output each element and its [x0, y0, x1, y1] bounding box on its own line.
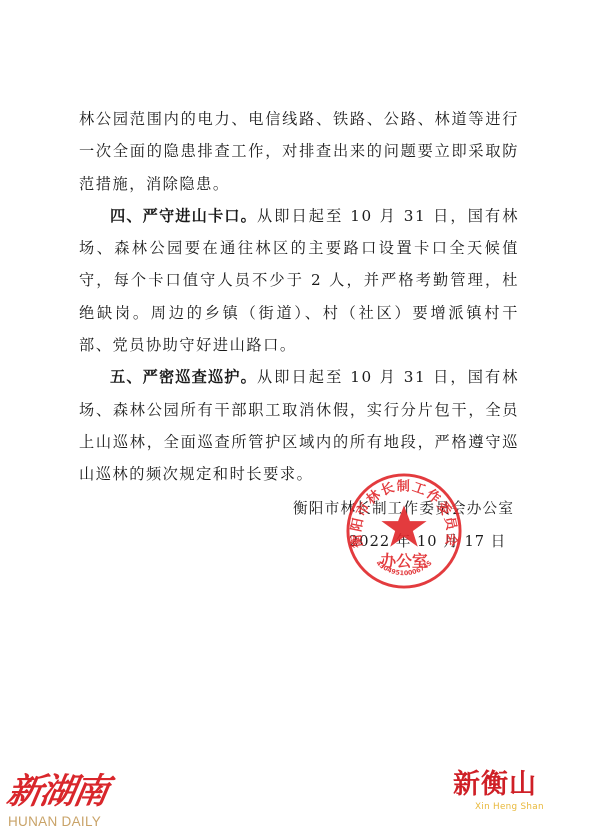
paragraph-heading: 五、严密巡查巡护。 [110, 368, 257, 386]
paragraph-heading: 四、严守进山卡口。 [110, 207, 257, 225]
xin-heng-shan-logo: 新衡山 Xin Heng Shan [452, 762, 572, 822]
star-icon [381, 505, 426, 546]
hunan-daily-logo: 新湖南 HUNAN DAILY [6, 762, 126, 832]
paragraph-checkpoint: 四、严守进山卡口。从即日起至 10 月 31 日，国有林场、森林公园要在通往林区… [79, 200, 519, 361]
official-seal-stamp: 衡阳市林长制工作委员会 办公室 4304951000674S [345, 472, 463, 590]
xin-heng-shan-logo-en: Xin Heng Shan [475, 802, 544, 812]
paragraph-text: 林公园范围内的电力、电信线路、铁路、公路、林道等进行一次全面的隐患排查工作，对排… [79, 110, 519, 193]
hunan-daily-logo-en: HUNAN DAILY [8, 814, 101, 829]
paragraph-text: 从即日起至 10 月 31 日，国有林场、森林公园要在通往林区的主要路口设置卡口… [79, 207, 519, 354]
xin-heng-shan-logo-cn: 新衡山 [453, 762, 537, 801]
document-page: 林公园范围内的电力、电信线路、铁路、公路、林道等进行一次全面的隐患排查工作，对排… [0, 0, 590, 835]
document-body: 林公园范围内的电力、电信线路、铁路、公路、林道等进行一次全面的隐患排查工作，对排… [79, 103, 519, 491]
paragraph-hazard-inspection: 林公园范围内的电力、电信线路、铁路、公路、林道等进行一次全面的隐患排查工作，对排… [79, 103, 519, 200]
hunan-daily-logo-cn: 新湖南 [4, 764, 112, 814]
